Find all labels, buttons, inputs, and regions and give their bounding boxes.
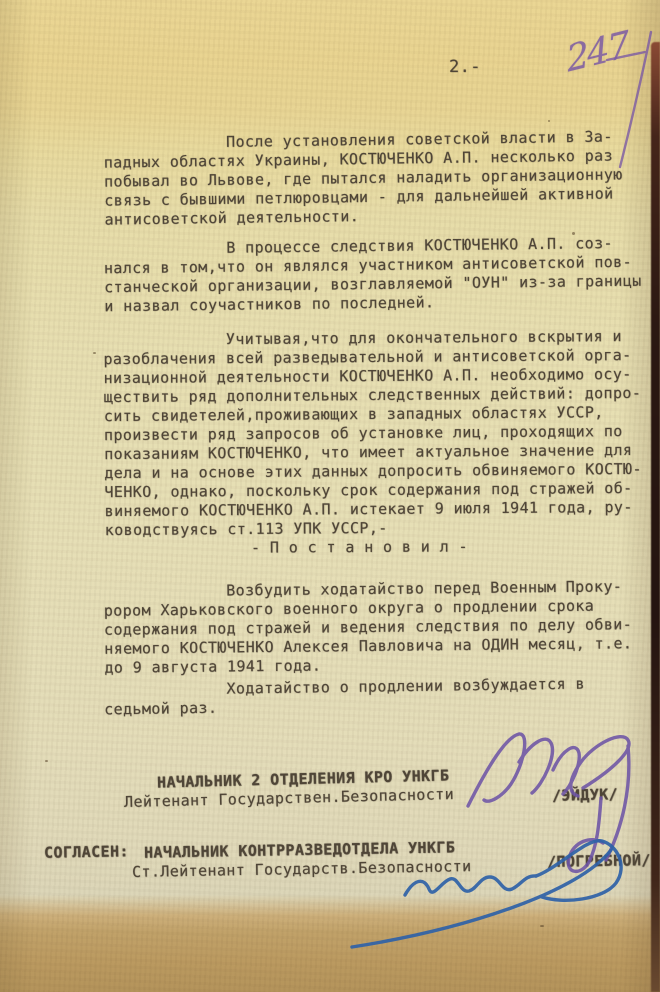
paragraph-4: Возбудить ходатайство перед Военным Прок…: [104, 577, 633, 678]
paragraph-1: После установления советской власти в За…: [103, 127, 623, 229]
signoff-2-name: /ПОГРЕБНОЙ/: [547, 851, 651, 872]
scanned-document-photo: { "page": { "number": "2.-", "folio_mark…: [0, 0, 660, 992]
paragraph-5: Ходатайство о продлении возбуждается в с…: [104, 675, 585, 720]
decree-heading: - П о с т а н о в и л -: [251, 537, 468, 557]
signoff-agree-label: СОГЛАСЕН:: [44, 842, 129, 862]
paper-speck: [45, 760, 48, 762]
paper-speck: [186, 665, 188, 668]
page-number: 2.-: [449, 58, 481, 77]
paper-speck: [572, 232, 575, 235]
signoff-1-name: /ЭЙДУК/: [552, 785, 618, 806]
paper-speck: [548, 120, 550, 122]
paragraph-3: Учитывая,что для окончательного вскрытия…: [103, 327, 642, 540]
page-edge-shadow: [651, 42, 660, 992]
paragraph-2: В процессе следствия КОСТЮЧЕНКО А.П. соз…: [104, 234, 642, 317]
paper-speck: [93, 352, 96, 354]
paper-speck: [540, 925, 544, 927]
handwritten-folio-mark: 247: [565, 24, 630, 80]
document-page: 2.- 247 После установления советской вла…: [0, 0, 660, 992]
